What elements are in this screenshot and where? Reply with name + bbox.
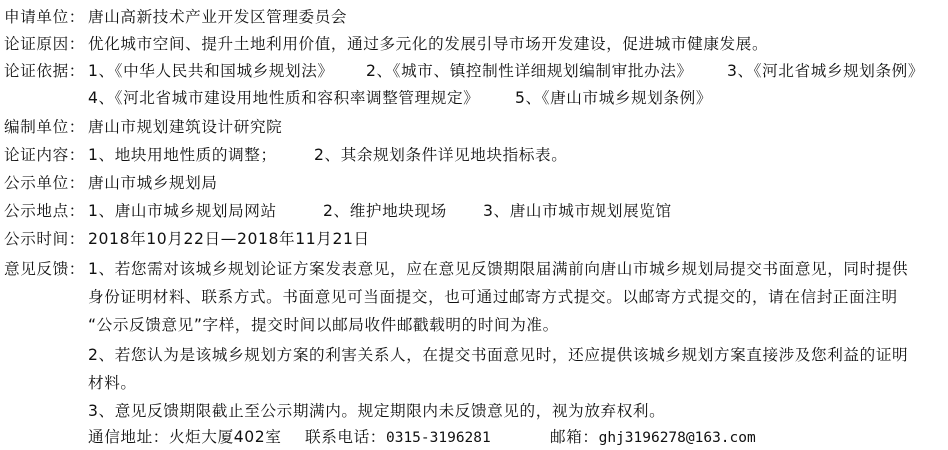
email-value[interactable]: ghj3196278@163.com xyxy=(599,425,756,450)
feedback-line-6: 3、意见反馈期限截止至公示期满内。规定期限内未反馈意见的，视为放弃权利。 xyxy=(88,398,665,424)
feedback-label: 意见反馈： xyxy=(4,256,85,282)
content-item-1: 1、地块用地性质的调整； xyxy=(88,142,277,168)
feedback-line-4: 2、若您认为是该城乡规划方案的利害关系人，在提交书面意见时，还应提供该城乡规划方… xyxy=(88,342,908,368)
applicant-label: 申请单位： xyxy=(4,4,85,30)
compiler-value: 唐山市规划建筑设计研究院 xyxy=(88,114,282,140)
address-value: 火炬大厦402室 xyxy=(169,424,282,450)
contact-address: 通信地址：火炬大厦402室 xyxy=(88,424,282,450)
feedback-line-2: 身份证明材料、联系方式。书面意见可当面提交，也可通过邮寄方式提交。以邮寄方式提交… xyxy=(88,284,898,310)
feedback-line-1: 1、若您需对该城乡规划论证方案发表意见，应在意见反馈期限届满前向唐山市城乡规划局… xyxy=(88,256,908,282)
period-label: 公示时间： xyxy=(4,226,85,252)
basis-item-2: 2、《城市、镇控制性详细规划编制审批办法》 xyxy=(366,58,693,84)
basis-label: 论证依据： xyxy=(4,58,85,84)
email-label: 邮箱： xyxy=(550,424,599,450)
location-item-1: 1、唐山市城乡规划局网站 xyxy=(88,198,277,224)
publisher-label: 公示单位： xyxy=(4,170,85,196)
compiler-label: 编制单位： xyxy=(4,114,85,140)
period-value: 2018年10月22日—2018年11月21日 xyxy=(88,226,370,252)
basis-item-3: 3、《河北省城乡规划条例》 xyxy=(727,58,924,84)
address-label: 通信地址： xyxy=(88,424,169,450)
content-item-2: 2、其余规划条件详见地块指标表。 xyxy=(314,142,567,168)
phone-value: 0315-3196281 xyxy=(386,425,491,450)
location-item-2: 2、维护地块现场 xyxy=(323,198,447,224)
feedback-line-5: 材料。 xyxy=(88,370,137,396)
feedback-line-3: “公示反馈意见”字样，提交时间以邮局收件邮戳载明的时间为准。 xyxy=(88,312,559,338)
basis-item-4: 4、《河北省城市建设用地性质和容积率调整管理规定》 xyxy=(88,85,479,111)
contact-phone: 联系电话：0315-3196281 xyxy=(305,424,491,450)
applicant-value: 唐山高新技术产业开发区管理委员会 xyxy=(88,4,347,30)
location-item-3: 3、唐山市城市规划展览馆 xyxy=(483,198,672,224)
contact-email: 邮箱：ghj3196278@163.com xyxy=(550,424,756,450)
basis-item-1: 1、《中华人民共和国城乡规划法》 xyxy=(88,58,334,84)
publisher-value: 唐山市城乡规划局 xyxy=(88,170,218,196)
content-label: 论证内容： xyxy=(4,142,85,168)
basis-item-5: 5、《唐山市城乡规划条例》 xyxy=(515,85,712,111)
phone-label: 联系电话： xyxy=(305,424,386,450)
reason-label: 论证原因： xyxy=(4,31,85,57)
locations-label: 公示地点： xyxy=(4,198,85,224)
reason-value: 优化城市空间、提升土地利用价值，通过多元化的发展引导市场开发建设，促进城市健康发… xyxy=(88,31,768,57)
